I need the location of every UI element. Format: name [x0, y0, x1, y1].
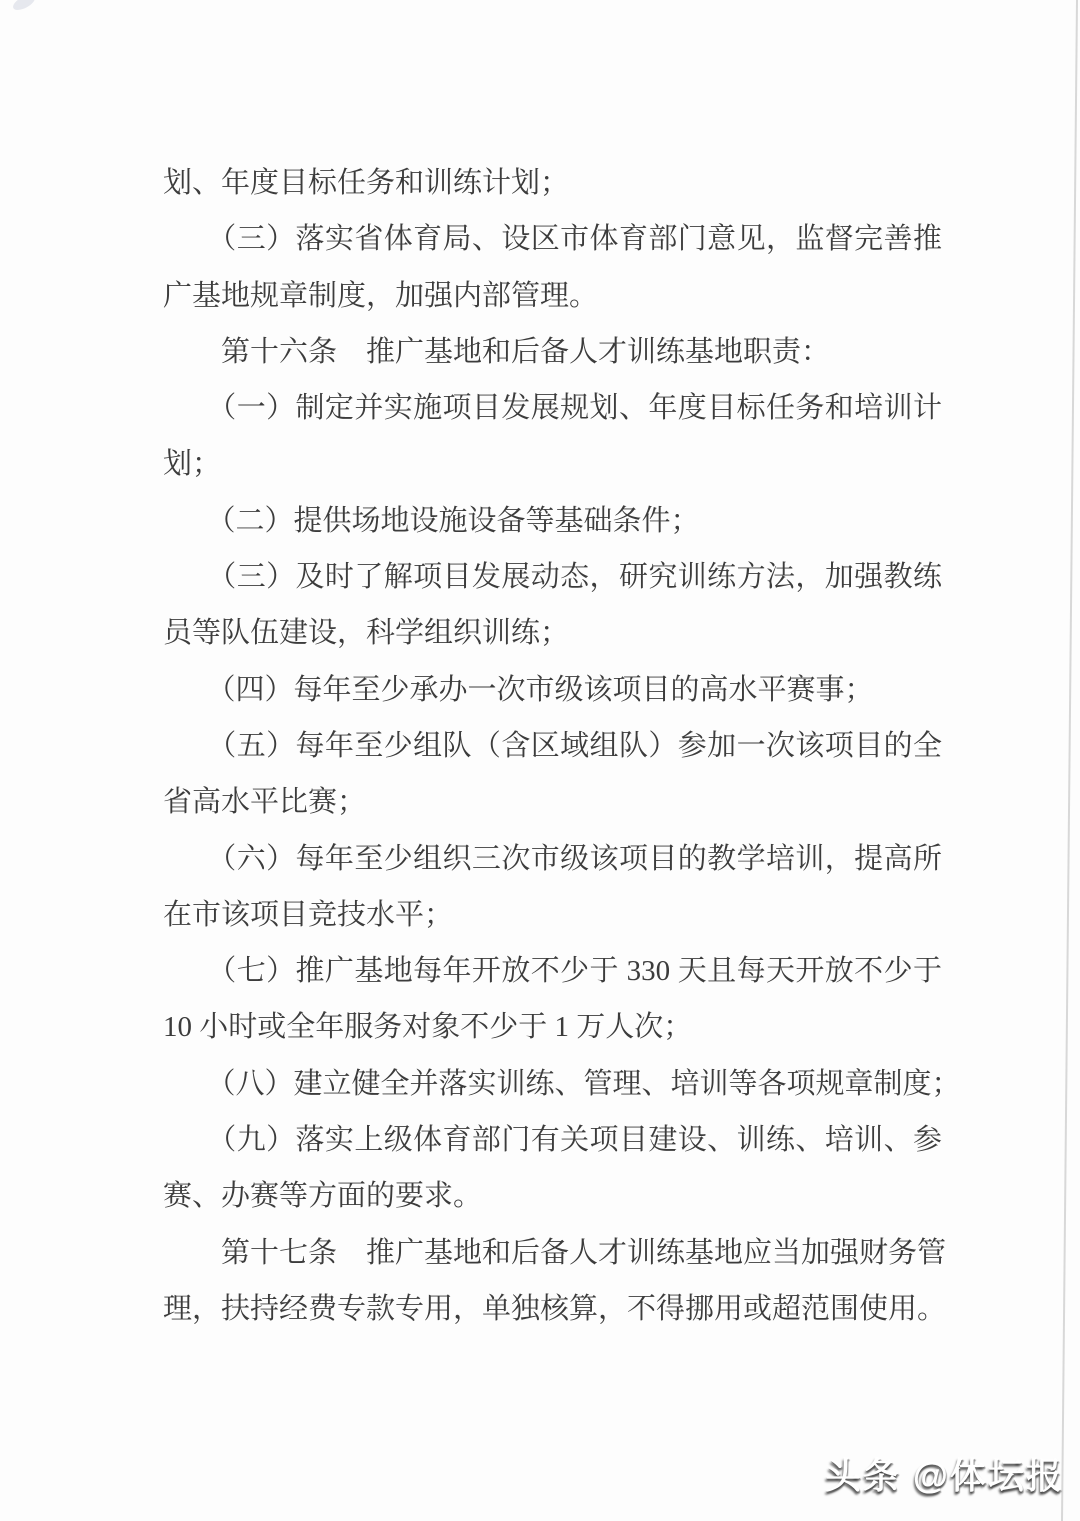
text-line: 在市该项目竞技水平； — [163, 887, 942, 943]
scan-speck — [11, 0, 37, 13]
text-line: 省高水平比赛； — [163, 774, 942, 830]
text-line: 10 小时或全年服务对象不少于 1 万人次； — [163, 999, 942, 1055]
text-line: （三）落实省体育局、设区市体育部门意见，监督完善推 — [163, 211, 942, 267]
text-line: 划、年度目标任务和训练计划； — [163, 155, 942, 211]
text-line: （三）及时了解项目发展动态，研究训练方法，加强教练 — [163, 549, 942, 605]
text-line: （七）推广基地每年开放不少于 330 天且每天开放不少于 — [163, 943, 942, 999]
document-page: 划、年度目标任务和训练计划； （三）落实省体育局、设区市体育部门意见，监督完善推… — [0, 0, 1080, 1521]
text-line: （五）每年至少组队（含区域组队）参加一次该项目的全 — [163, 718, 942, 774]
text-line: （二）提供场地设施设备等基础条件； — [163, 493, 942, 549]
text-line: 赛、办赛等方面的要求。 — [163, 1168, 942, 1224]
text-line: 员等队伍建设，科学组织训练； — [163, 605, 942, 661]
text-line: （四）每年至少承办一次市级该项目的高水平赛事； — [163, 662, 942, 718]
text-line: 划； — [163, 436, 942, 492]
text-line: 广基地规章制度，加强内部管理。 — [163, 268, 942, 324]
text-line: 第十七条 推广基地和后备人才训练基地应当加强财务管 — [163, 1225, 942, 1281]
text-line: （八）建立健全并落实训练、管理、培训等各项规章制度； — [163, 1056, 942, 1112]
text-line: （九）落实上级体育部门有关项目建设、训练、培训、参 — [163, 1112, 942, 1168]
text-line: （一）制定并实施项目发展规划、年度目标任务和培训计 — [163, 380, 942, 436]
text-line: （六）每年至少组织三次市级该项目的教学培训，提高所 — [163, 831, 942, 887]
watermark-toutiao: 头条 @体坛报 — [825, 1448, 1064, 1499]
document-body: 划、年度目标任务和训练计划； （三）落实省体育局、设区市体育部门意见，监督完善推… — [163, 155, 942, 1337]
text-line: 第十六条 推广基地和后备人才训练基地职责： — [163, 324, 942, 380]
text-line: 理，扶持经费专款专用，单独核算，不得挪用或超范围使用。 — [163, 1281, 942, 1337]
